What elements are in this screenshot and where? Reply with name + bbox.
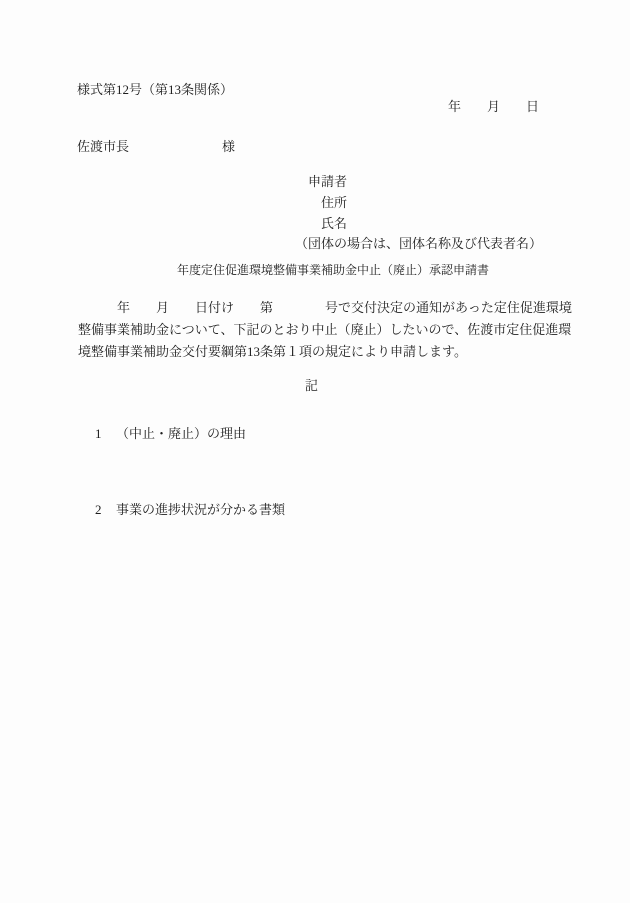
list-item-number: 2	[95, 502, 116, 517]
applicant-label: 申請者	[308, 174, 347, 189]
list-item-number: 1	[95, 426, 116, 441]
document-title: 年度定住促進環境整備事業補助金中止（廃止）承認申請書	[177, 263, 489, 278]
list-item-text: （中止・廃止）の理由	[116, 426, 246, 441]
body-paragraph-line-2: 整備事業補助金について、下記のとおり中止（廃止）したいので、佐渡市定住促進環	[78, 322, 571, 337]
form-number: 様式第12号（第13条関係）	[77, 82, 233, 97]
list-item-reason: 1（中止・廃止）の理由	[82, 411, 246, 456]
organization-note: （団体の場合は、団体名称及び代表者名）	[295, 236, 542, 251]
date-line: 年 月 日	[448, 99, 539, 114]
record-mark: 記	[305, 378, 318, 393]
body-paragraph-line-3: 境整備事業補助金交付要綱第13条第１項の規定により申請します。	[78, 344, 467, 359]
document-page: 様式第12号（第13条関係） 年 月 日 佐渡市長 様 申請者 住所 氏名 （団…	[0, 0, 630, 903]
applicant-address-label: 住所	[321, 195, 347, 210]
applicant-name-label: 氏名	[321, 216, 347, 231]
list-item-text: 事業の進捗状況が分かる書類	[116, 502, 285, 517]
list-item-progress-documents: 2事業の進捗状況が分かる書類	[82, 487, 285, 532]
addressee-name: 佐渡市長	[77, 139, 129, 154]
body-paragraph-line-1: 年 月 日付け 第 号で交付決定の通知があった定住促進環境	[78, 300, 572, 315]
addressee-honorific: 様	[222, 139, 235, 154]
